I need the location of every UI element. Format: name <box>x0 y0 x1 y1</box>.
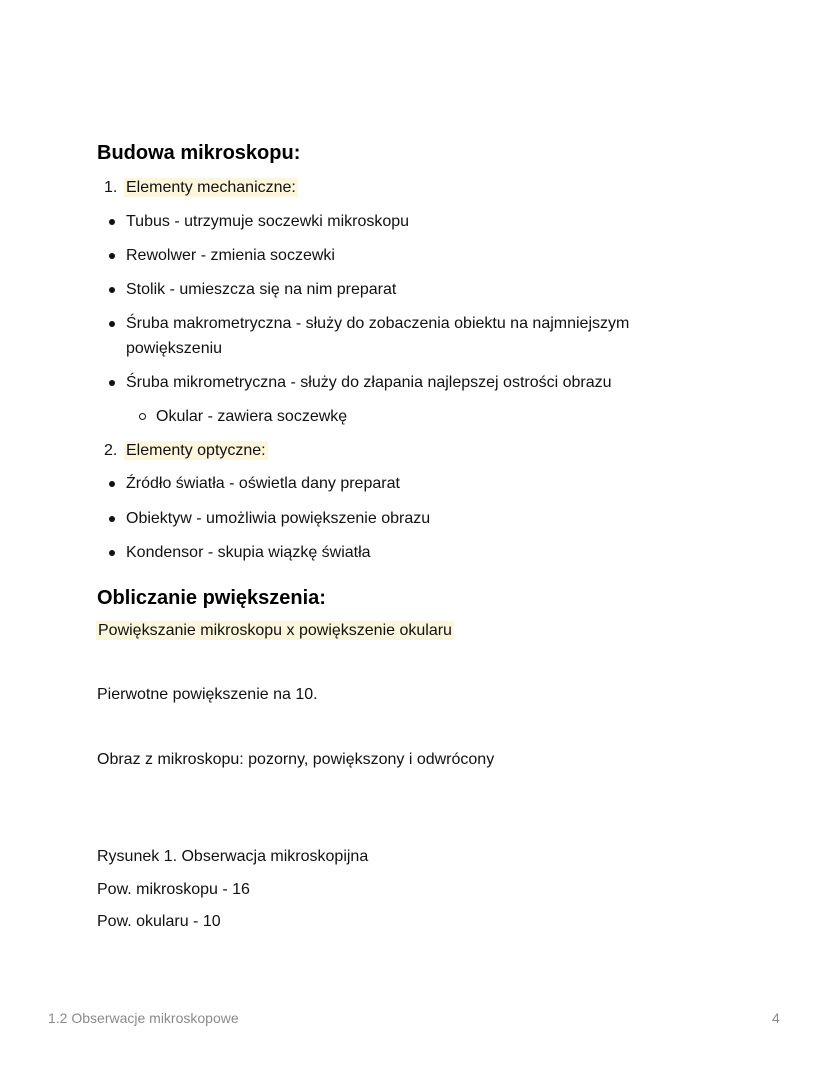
heading-budowa: Budowa mikroskopu: <box>97 142 300 165</box>
bullet-icon <box>109 219 115 225</box>
bullet-icon <box>109 287 115 293</box>
bullet-icon <box>109 516 115 522</box>
list-number-2: 2. <box>104 439 117 463</box>
figure-caption: Rysunek 1. Obserwacja mikroskopijna <box>97 845 368 869</box>
list-item: Rewolwer - zmienia soczewki <box>126 244 335 268</box>
document-page: Budowa mikroskopu: 1. Elementy mechanicz… <box>0 0 828 1071</box>
list-item: Stolik - umieszcza się na nim preparat <box>126 278 396 302</box>
list-item: Tubus - utrzymuje soczewki mikroskopu <box>126 210 409 234</box>
list-item: Śruba makrometryczna - służy do zobaczen… <box>126 312 629 336</box>
list-item: Obiektyw - umożliwia powiększenie obrazu <box>126 507 430 531</box>
bullet-icon <box>109 481 115 487</box>
page-number: 4 <box>772 1010 780 1026</box>
bullet-icon <box>109 253 115 259</box>
list-item: Kondensor - skupia wiązkę światła <box>126 541 371 565</box>
paragraph: Pow. mikroskopu - 16 <box>97 878 250 902</box>
paragraph: Pow. okularu - 10 <box>97 910 221 934</box>
list-item: Śruba mikrometryczna - służy do złapania… <box>126 371 612 395</box>
heading-obliczanie: Obliczanie pwiększenia: <box>97 587 326 610</box>
bullet-icon <box>109 321 115 327</box>
paragraph: Obraz z mikroskopu: pozorny, powiększony… <box>97 748 494 772</box>
circle-bullet-icon <box>139 413 146 420</box>
list-label-optical: Elementy optyczne: <box>124 441 268 460</box>
footer-title: 1.2 Obserwacje mikroskopowe <box>48 1010 239 1026</box>
formula-text: Powiększanie mikroskopu x powiększenie o… <box>96 621 454 640</box>
list-item-continuation: powiększeniu <box>126 337 222 361</box>
list-number-1: 1. <box>104 176 117 200</box>
list-label-mechanical: Elementy mechaniczne: <box>124 178 298 197</box>
bullet-icon <box>109 380 115 386</box>
bullet-icon <box>109 550 115 556</box>
sub-list-item: Okular - zawiera soczewkę <box>156 405 347 429</box>
list-item: Źródło światła - oświetla dany preparat <box>126 472 400 496</box>
paragraph: Pierwotne powiększenie na 10. <box>97 683 318 707</box>
